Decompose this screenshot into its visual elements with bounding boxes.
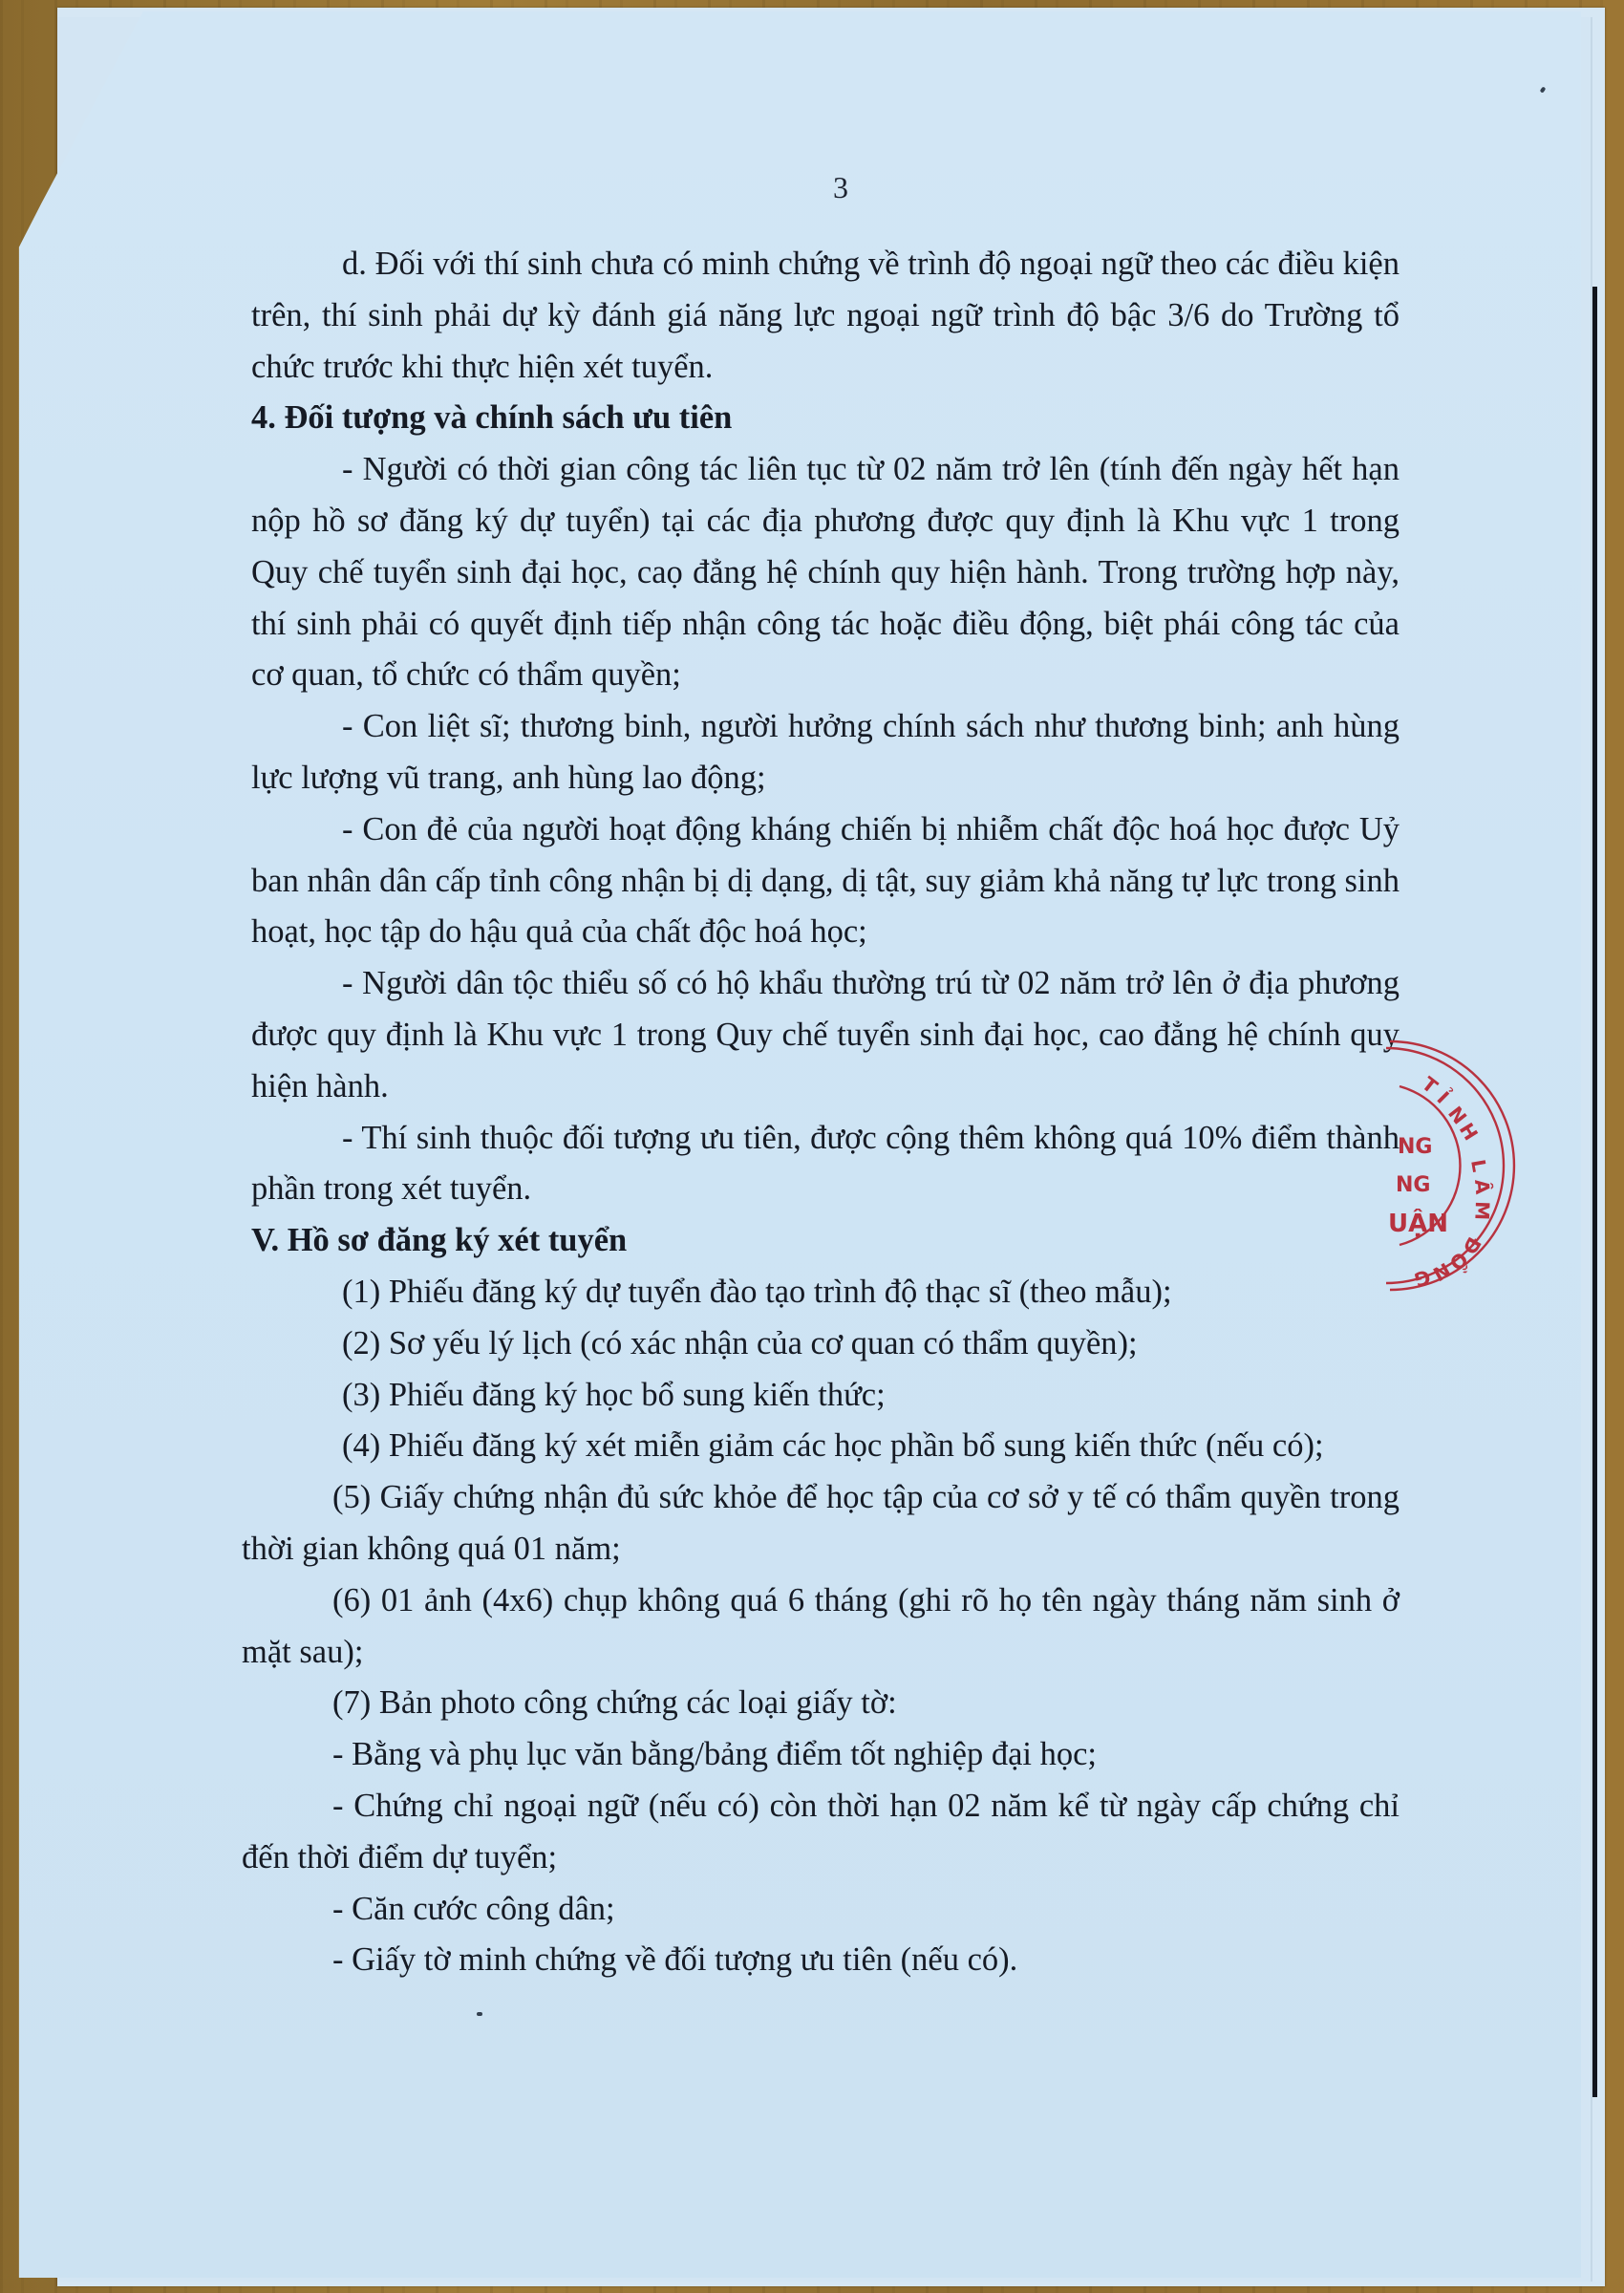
priority-item: - Con liệt sĩ; thương binh, người hưởng … bbox=[251, 701, 1400, 804]
section-heading-priority: 4. Đối tượng và chính sách ưu tiên bbox=[251, 393, 1400, 444]
paragraph-language-requirement-d: d. Đối với thí sinh chưa có minh chứng v… bbox=[251, 239, 1400, 393]
dossier-item: (1) Phiếu đăng ký dự tuyển đào tạo trình… bbox=[251, 1267, 1400, 1318]
dossier-subitem: - Bằng và phụ lục văn bằng/bảng điểm tốt… bbox=[242, 1729, 1400, 1781]
dossier-item: (3) Phiếu đăng ký học bổ sung kiến thức; bbox=[251, 1370, 1400, 1422]
section-heading-application-dossier: V. Hồ sơ đăng ký xét tuyển bbox=[251, 1215, 1400, 1267]
priority-item: - Thí sinh thuộc đối tượng ưu tiên, được… bbox=[251, 1113, 1400, 1216]
dossier-subitem: - Căn cước công dân; bbox=[242, 1884, 1400, 1936]
dossier-item: (5) Giấy chứng nhận đủ sức khỏe để học t… bbox=[242, 1472, 1400, 1575]
dossier-subitem: - Giấy tờ minh chứng về đối tượng ưu tiê… bbox=[242, 1935, 1400, 1986]
page-number: 3 bbox=[0, 170, 1624, 205]
dossier-item: (7) Bản photo công chứng các loại giấy t… bbox=[242, 1678, 1400, 1729]
dossier-item: (6) 01 ảnh (4x6) chụp không quá 6 tháng … bbox=[242, 1575, 1400, 1679]
document-body: d. Đối với thí sinh chưa có minh chứng v… bbox=[251, 239, 1400, 1986]
priority-item: - Người có thời gian công tác liên tục t… bbox=[251, 444, 1400, 701]
priority-item: - Người dân tộc thiểu số có hộ khẩu thườ… bbox=[251, 958, 1400, 1112]
dossier-item: (2) Sơ yếu lý lịch (có xác nhận của cơ q… bbox=[251, 1318, 1400, 1370]
ink-speck bbox=[477, 2012, 482, 2016]
dossier-item: (4) Phiếu đăng ký xét miễn giảm các học … bbox=[251, 1421, 1400, 1472]
sheet-edge-shadow bbox=[1592, 287, 1597, 2097]
priority-item: - Con đẻ của người hoạt động kháng chiến… bbox=[251, 804, 1400, 958]
dossier-subitem: - Chứng chỉ ngoại ngữ (nếu có) còn thời … bbox=[242, 1781, 1400, 1884]
